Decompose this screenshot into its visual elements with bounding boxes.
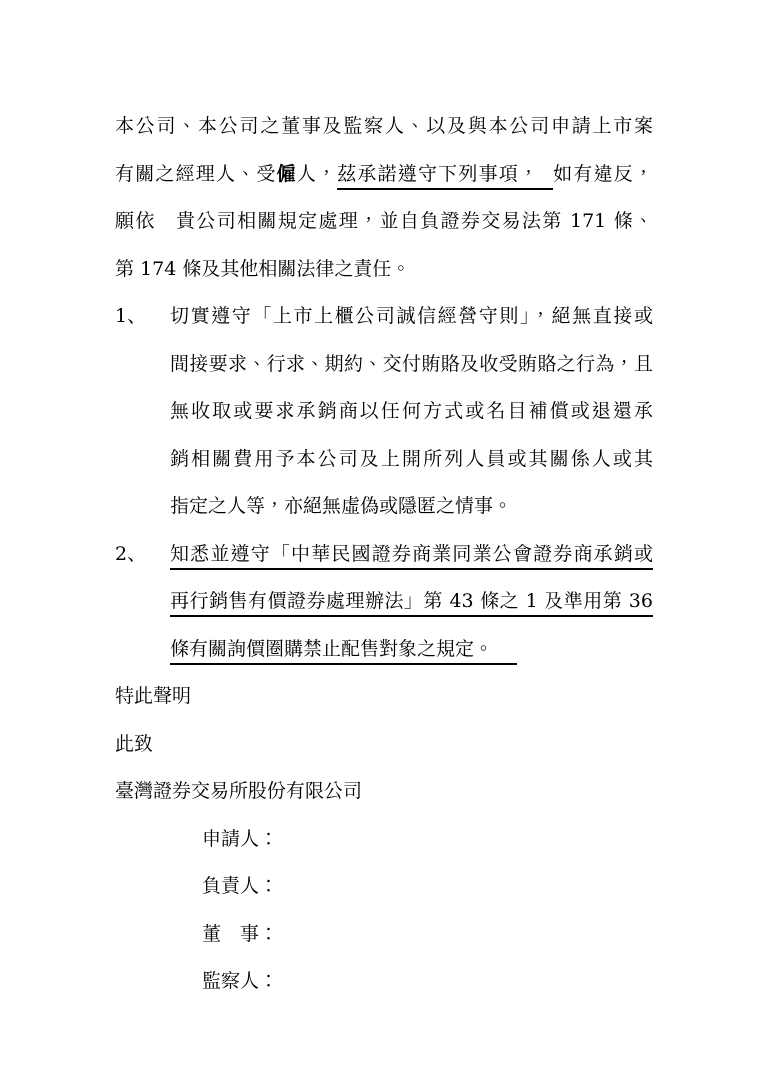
commitment-underlined-text: 茲承諾遵守下列事項， [337, 163, 553, 190]
item2-line-1: 知悉並遵守「中華民國證券商業同業公會證券商承銷或 [170, 531, 653, 579]
responsible-person-signature-label: 負責人： [202, 863, 653, 911]
intro-line-2: 有關之經理人、受僱人，茲承諾遵守下列事項，如有違反， [115, 151, 653, 199]
intro-line-3: 願依 貴公司相關規定處理，並自負證券交易法第 171 條、 [115, 198, 653, 246]
item1-line-5: 指定之人等，亦絕無虛偽或隱匿之情事。 [170, 483, 653, 531]
intro-line-1: 本公司、本公司之董事及監察人、以及與本公司申請上市案 [115, 103, 653, 151]
supervisor-signature-label: 監察人： [202, 958, 653, 1006]
item1-line-4: 銷相關費用予本公司及上開所列人員或其關係人或其 [170, 436, 653, 484]
list-item-1-number: 1、 [115, 293, 170, 531]
item2-line-3: 條有關詢價圈購禁止配售對象之規定。 [170, 626, 653, 674]
list-item-2-number: 2、 [115, 531, 170, 674]
item2-line-2: 再行銷售有價證券處理辦法」第 43 條之 1 及準用第 36 [170, 578, 653, 626]
item1-line-2: 間接要求、行求、期約、交付賄賂及收受賄賂之行為，且 [170, 341, 653, 389]
intro-line-2-post: 如有違反， [553, 163, 653, 185]
list-item-2-text: 知悉並遵守「中華民國證券商業同業公會證券商承銷或 再行銷售有價證券處理辦法」第 … [170, 531, 653, 674]
list-item-1-text: 切實遵守「上市上櫃公司誠信經營守則」，絕無直接或 間接要求、行求、期約、交付賄賂… [170, 293, 653, 531]
salutation: 此致 [115, 721, 653, 769]
intro-line-4: 第 174 條及其他相關法律之責任。 [115, 246, 653, 294]
signature-block: 申請人： 負責人： 董 事： 監察人： [202, 816, 653, 1006]
item1-line-1: 切實遵守「上市上櫃公司誠信經營守則」，絕無直接或 [170, 293, 653, 341]
intro-paragraph: 本公司、本公司之董事及監察人、以及與本公司申請上市案 有關之經理人、受僱人，茲承… [115, 103, 653, 293]
intro-line-2-mid: 人， [297, 163, 337, 185]
item2-line-3-underlined: 條有關詢價圈購禁止配售對象之規定。 [170, 638, 517, 665]
item2-line-2-underlined: 再行銷售有價證券處理辦法」第 43 條之 1 及準用第 36 [170, 590, 653, 617]
employee-char-bold: 僱 [277, 163, 297, 185]
list-item-2: 2、 知悉並遵守「中華民國證券商業同業公會證券商承銷或 再行銷售有價證券處理辦法… [115, 531, 653, 674]
document-body: 本公司、本公司之董事及監察人、以及與本公司申請上市案 有關之經理人、受僱人，茲承… [0, 0, 653, 1006]
director-signature-label: 董 事： [202, 911, 653, 959]
item1-line-3: 無收取或要求承銷商以任何方式或名目補償或退還承 [170, 388, 653, 436]
declaration-document-page: 本公司、本公司之董事及監察人、以及與本公司申請上市案 有關之經理人、受僱人，茲承… [0, 0, 768, 1087]
list-item-1: 1、 切實遵守「上市上櫃公司誠信經營守則」，絕無直接或 間接要求、行求、期約、交… [115, 293, 653, 531]
recipient-name: 臺灣證券交易所股份有限公司 [115, 768, 653, 816]
declaration-statement: 特此聲明 [115, 673, 653, 721]
applicant-signature-label: 申請人： [202, 816, 653, 864]
intro-line-2-pre: 有關之經理人、受 [115, 163, 277, 185]
item2-line-1-underlined: 知悉並遵守「中華民國證券商業同業公會證券商承銷或 [170, 543, 653, 570]
